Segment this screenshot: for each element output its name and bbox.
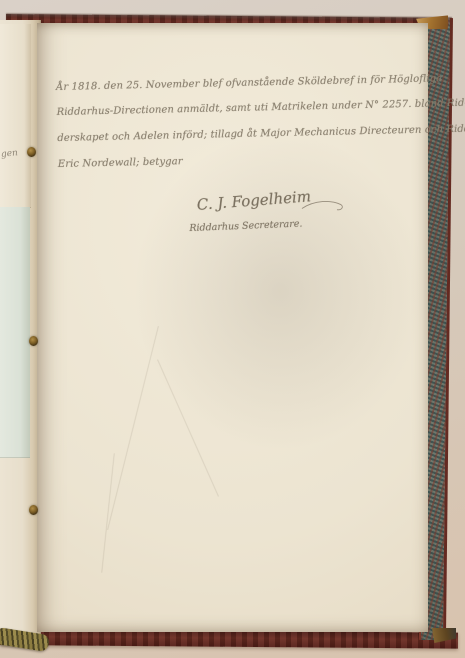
paper-crease bbox=[157, 359, 220, 497]
previous-leaf-edge bbox=[0, 24, 31, 208]
brass-stitch bbox=[29, 336, 38, 346]
brass-stitch bbox=[27, 147, 36, 157]
brass-stitch bbox=[29, 505, 38, 515]
signature-flourish bbox=[301, 197, 345, 214]
blue-leaf-edge bbox=[0, 207, 30, 458]
paper-crease bbox=[107, 326, 160, 530]
scanned-book-photo: gen År 1818. den 25. November blef ofvan… bbox=[0, 0, 465, 658]
paper-crease bbox=[101, 453, 116, 573]
previous-page-text-fragment: gen bbox=[1, 148, 19, 160]
